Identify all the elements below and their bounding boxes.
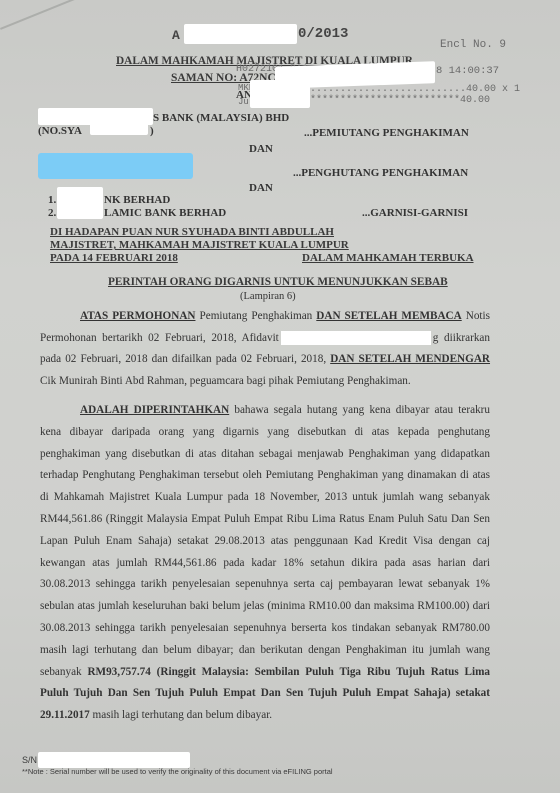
adalah-diperintahkan: ADALAH DIPERINTAHKAN: [80, 404, 229, 416]
magistrate-name: DI HADAPAN PUAN NUR SYUHADA BINTI ABDULL…: [50, 226, 334, 238]
redaction-serial-number: [38, 752, 190, 768]
redaction-affidavit: [281, 331, 431, 345]
footer-note: **Note : Serial number will be used to v…: [22, 767, 333, 776]
redaction-receipt-2: [250, 80, 310, 108]
dan-separator-1: DAN: [249, 143, 273, 155]
open-court: DALAM MAHKAMAH TERBUKA: [302, 252, 474, 264]
dan-separator-2: DAN: [249, 182, 273, 194]
garnishee-2: LAMIC BANK BERHAD: [104, 207, 226, 219]
garnishee-role: ...GARNISI-GARNISI: [362, 207, 468, 219]
defendant-role: ...PENGHUTANG PENGHAKIMAN: [293, 167, 468, 179]
paragraph-order: ADALAH DIPERINTAHKAN bahawa segala hutan…: [40, 400, 490, 727]
case-number: 0/2013: [298, 26, 348, 42]
atas-permohonan: ATAS PERMOHONAN: [80, 310, 195, 322]
plaintiff-registration: (NO.SYA: [38, 125, 82, 137]
receipt-line-total: *************************40.00: [310, 95, 490, 106]
enclosure-number: Encl No. 9: [440, 39, 506, 51]
garnishee-2-number: 2.: [48, 207, 56, 219]
order-subtitle: (Lampiran 6): [240, 291, 296, 302]
redaction-defendant: [38, 153, 193, 179]
magistrate-court: MAJISTRET, MAHKAMAH MAJISTRET KUALA LUMP…: [50, 239, 349, 251]
redaction-garnishees: [57, 187, 103, 219]
redaction-case-number: [184, 24, 297, 44]
garnishee-1-number: 1.: [48, 194, 56, 206]
case-number-prefix: A: [172, 28, 180, 43]
jur-label: Ju: [238, 97, 249, 107]
paper-crease: [0, 0, 75, 30]
serial-number-label: S/N: [22, 755, 37, 765]
plaintiff-name: S BANK (MALAYSIA) BHD: [153, 112, 289, 124]
plaintiff-registration-close: ): [150, 125, 154, 137]
redaction-registration: [90, 123, 148, 135]
scanned-court-document: A 0/2013 Encl No. 9 DALAM MAHKAMAH MAJIS…: [0, 0, 560, 793]
order-title: PERINTAH ORANG DIGARNIS UNTUK MENUNJUKKA…: [108, 276, 448, 288]
receipt-line-amount: ..........................40.00 x 1: [310, 84, 520, 95]
garnishee-1: NK BERHAD: [104, 194, 170, 206]
plaintiff-role: ...PEMIUTANG PENGHAKIMAN: [304, 127, 469, 139]
hearing-date: PADA 14 FEBRUARI 2018: [50, 252, 178, 264]
paragraph-application: ATAS PERMOHONAN Pemiutang Penghakiman DA…: [40, 306, 490, 392]
receipt-timestamp: 8 14:00:37: [436, 65, 499, 77]
